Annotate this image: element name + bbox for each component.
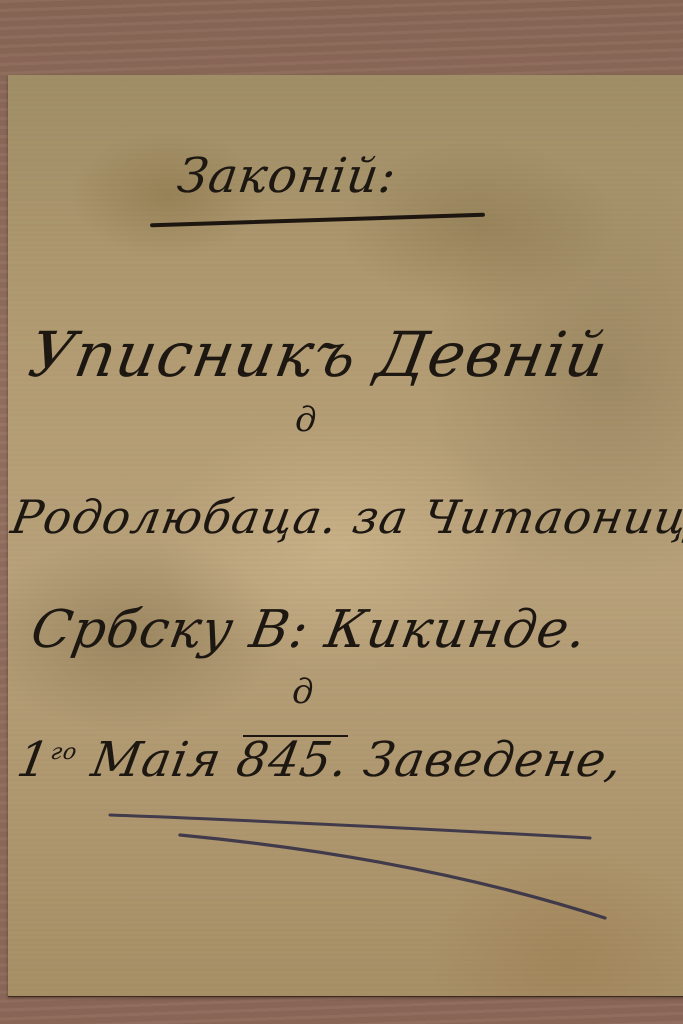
date-year: 845. xyxy=(232,732,353,788)
established-word: Заведене, xyxy=(360,732,628,788)
text-line-connector-2: д xyxy=(292,672,315,712)
text-line-connector-1: д xyxy=(295,400,318,440)
text-line-serbian-kikinda: Србску В: Кикинде. xyxy=(27,600,592,660)
date-day-suffix: го xyxy=(49,740,80,765)
text-line-register: Уписникъ Девній xyxy=(24,318,614,391)
date-month: Маія xyxy=(87,732,226,788)
text-line-patriots-reading-room: Родолюбаца. за Читаоницу xyxy=(7,490,683,544)
page-title: Законій: xyxy=(174,148,400,204)
text-line-date-established: 1го Маія 845. Заведене, xyxy=(13,732,627,788)
